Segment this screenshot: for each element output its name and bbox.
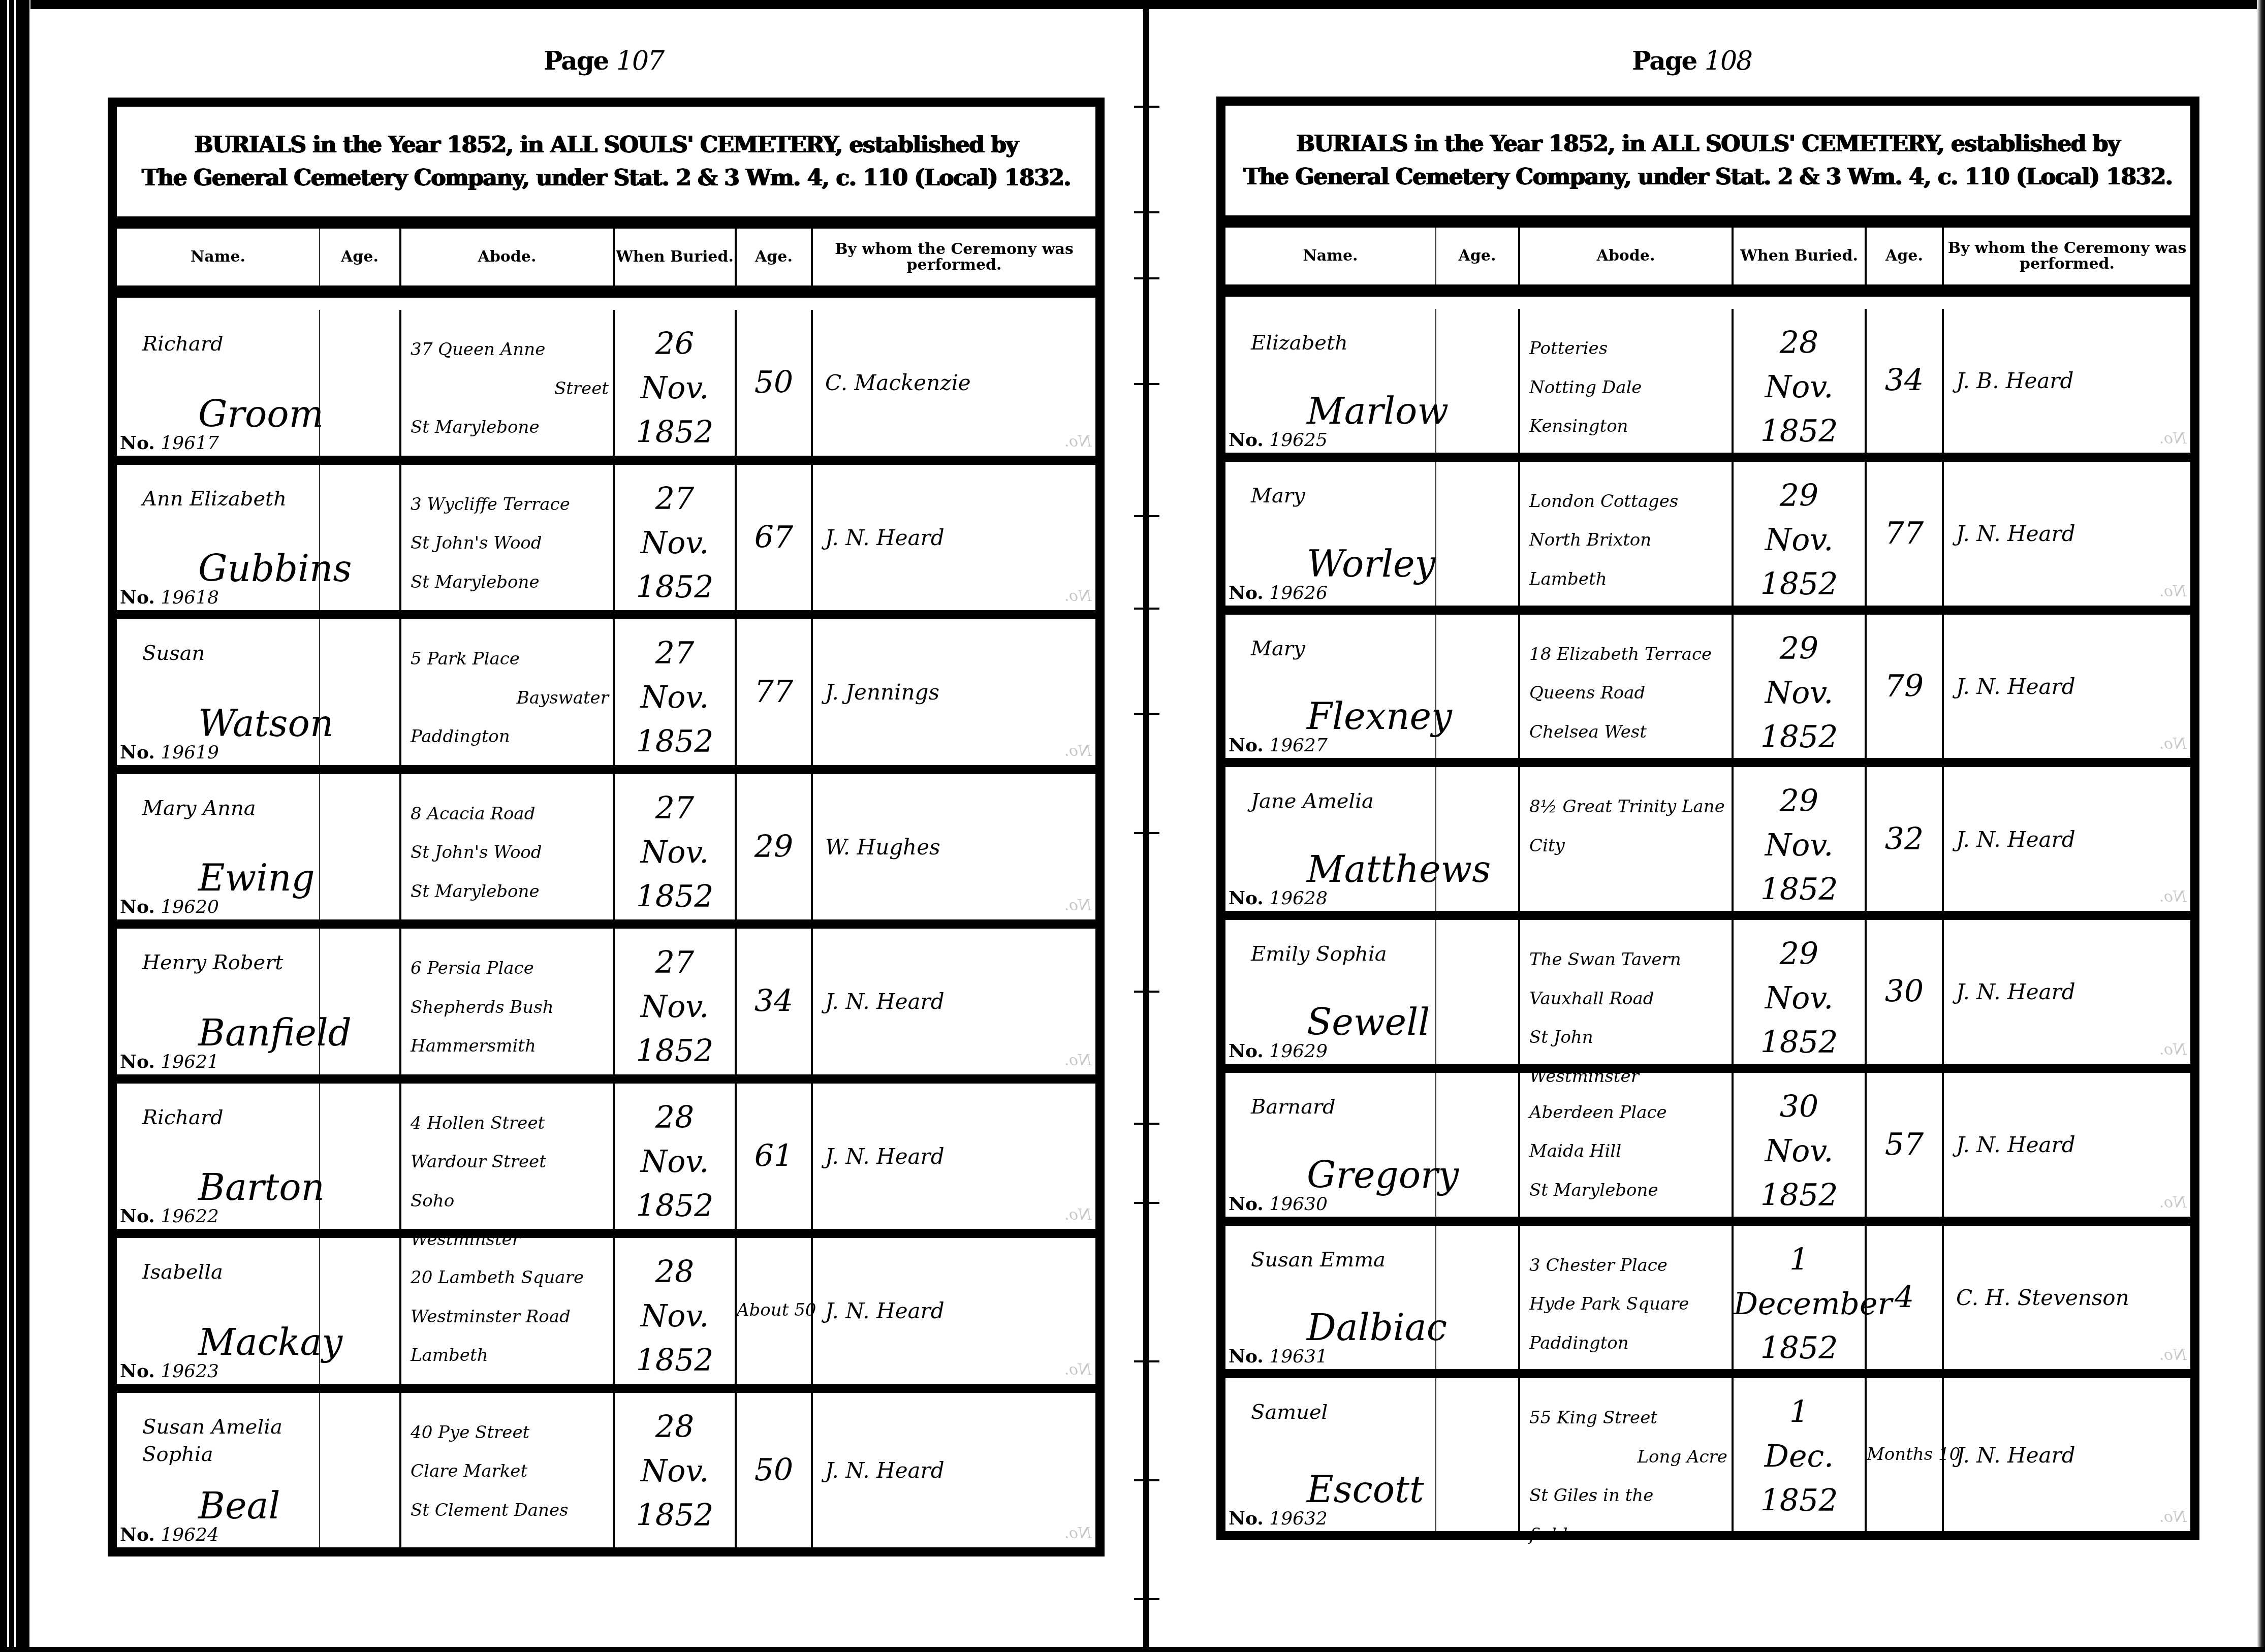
- abode-text: 37 Queen AnneStreetSt Marylebone: [411, 330, 609, 447]
- title-line-1: BURIALS in the Year 1852, in ALL SOULS' …: [1296, 131, 2120, 157]
- given-names: Susan Emma: [1251, 1246, 1419, 1274]
- given-names: Mary: [1251, 635, 1419, 662]
- age-blank-cell: [320, 619, 401, 765]
- entry-number: No. 19618: [120, 587, 219, 608]
- surname: Groom: [198, 393, 324, 435]
- name-cell: Susan Emma Dalbiac No. 19631: [1225, 1226, 1436, 1370]
- title-line-1: BURIALS in the Year 1852, in ALL SOULS' …: [194, 132, 1018, 158]
- burial-date: 27 Nov. 1852: [615, 786, 735, 919]
- binding-stitch: [1134, 211, 1159, 213]
- abode-cell: 4 Hollen StreetWardour StreetSohoWestmin…: [401, 1084, 615, 1229]
- column-header-row: Name. Age. Abode. When Buried. Age. By w…: [117, 229, 1095, 298]
- register-title: BURIALS in the Year 1852, in ALL SOULS' …: [1225, 106, 2190, 228]
- burial-register-table: BURIALS in the Year 1852, in ALL SOULS' …: [1216, 97, 2199, 1540]
- given-names: Susan: [142, 640, 310, 667]
- given-names: Isabella: [142, 1258, 310, 1286]
- abode-cell: 55 King StreetLong AcreSt Giles in thefi…: [1520, 1378, 1734, 1531]
- given-names: Barnard: [1251, 1093, 1419, 1121]
- abode-line: North Brixton: [1529, 521, 1727, 560]
- burial-date: 28 Nov. 1852: [615, 1405, 735, 1538]
- col-age-blank: Age.: [320, 229, 401, 285]
- age-blank-cell: [320, 310, 401, 456]
- officiant-name: W. Hughes: [825, 834, 940, 859]
- burial-date: 28 Nov. 1852: [1734, 321, 1865, 454]
- burial-year: 1852: [1734, 1479, 1865, 1523]
- age-blank-cell: [1436, 1073, 1520, 1217]
- abode-line: Long Acre: [1529, 1438, 1727, 1477]
- abode-cell: Aberdeen PlaceMaida HillSt Marylebone: [1520, 1073, 1734, 1217]
- given-names: Samuel: [1251, 1399, 1419, 1426]
- entry-number: No. 19628: [1229, 887, 1328, 909]
- entry-number: No. 19632: [1229, 1508, 1328, 1529]
- binding-stitch: [1134, 608, 1159, 610]
- given-names: Emily Sophia: [1251, 940, 1419, 968]
- entry-number-label: No.: [120, 1524, 155, 1545]
- entry-number: No. 19625: [1229, 429, 1328, 451]
- show-through-entry-number: No.: [2159, 583, 2186, 600]
- officiant-cell: J. N. Heard No.: [813, 1393, 1095, 1548]
- officiant-name: J. N. Heard: [825, 1298, 945, 1323]
- when-buried-cell: 30 Nov. 1852: [1734, 1073, 1867, 1217]
- abode-line: Paddington: [411, 717, 609, 756]
- show-through-entry-number: No.: [1064, 1524, 1091, 1542]
- entry-number-label: No.: [120, 587, 155, 608]
- col-when-buried: When Buried.: [615, 229, 737, 285]
- entry-number-value: 19626: [1269, 583, 1328, 603]
- age-cell: About 50: [737, 1238, 813, 1384]
- abode-cell: 8 Acacia RoadSt John's WoodSt Marylebone: [401, 774, 615, 920]
- abode-line: Wardour Street: [411, 1142, 609, 1182]
- entry-number: No. 19629: [1229, 1040, 1328, 1062]
- when-buried-cell: 27 Nov. 1852: [615, 465, 737, 611]
- burial-year: 1852: [1734, 715, 1865, 759]
- abode-text: 20 Lambeth SquareWestminster RoadLambeth: [411, 1258, 609, 1375]
- burial-entry-row: Richard Groom No. 19617 37 Queen AnneStr…: [117, 310, 1095, 465]
- age-value: 34: [737, 984, 811, 1018]
- age-value: 61: [737, 1139, 811, 1173]
- when-buried-cell: 29 Nov. 1852: [1734, 462, 1867, 606]
- age-cell: 4: [1867, 1226, 1944, 1370]
- when-buried-cell: 28 Nov. 1852: [615, 1393, 737, 1548]
- abode-line: Maida Hill: [1529, 1132, 1727, 1171]
- burial-entry-row: Mary Worley No. 19626 London CottagesNor…: [1225, 462, 2190, 615]
- col-abode: Abode.: [401, 229, 615, 285]
- burial-day: 1: [1734, 1390, 1865, 1435]
- age-blank-cell: [1436, 309, 1520, 453]
- col-name: Name.: [1225, 228, 1436, 284]
- burial-year: 1852: [615, 875, 735, 919]
- officiant-name: J. B. Heard: [1956, 368, 2073, 393]
- entry-number: No. 19623: [120, 1360, 219, 1382]
- officiant-cell: J. N. Heard No.: [1944, 920, 2190, 1064]
- burial-register-table: BURIALS in the Year 1852, in ALL SOULS' …: [108, 98, 1105, 1556]
- age-value: 34: [1867, 364, 1942, 397]
- entry-number: No. 19624: [120, 1524, 219, 1545]
- burial-date: 29 Nov. 1852: [1734, 932, 1865, 1065]
- age-value: 57: [1867, 1128, 1942, 1161]
- entry-number-label: No.: [120, 432, 155, 454]
- entry-number-label: No.: [120, 896, 155, 917]
- entry-number-label: No.: [120, 1360, 155, 1382]
- burial-year: 1852: [615, 720, 735, 764]
- officiant-name: J. N. Heard: [825, 1143, 945, 1168]
- burial-entry-row: Mary Flexney No. 19627 18 Elizabeth Terr…: [1225, 615, 2190, 768]
- entry-number: No. 19631: [1229, 1346, 1328, 1367]
- name-cell: Emily Sophia Sewell No. 19629: [1225, 920, 1436, 1064]
- age-blank-cell: [1436, 462, 1520, 606]
- age-value: 29: [737, 830, 811, 864]
- page-number-value: 108: [1705, 46, 1752, 76]
- given-names: Richard: [142, 330, 310, 358]
- entry-number-label: No.: [1229, 887, 1264, 909]
- age-blank-cell: [1436, 615, 1520, 758]
- entry-number-label: No.: [120, 742, 155, 763]
- burial-date: 1 Dec. 1852: [1734, 1390, 1865, 1523]
- entry-number-value: 19617: [161, 433, 219, 454]
- entry-number-value: 19623: [161, 1361, 219, 1382]
- entry-number: No. 19617: [120, 432, 219, 454]
- column-header-row: Name. Age. Abode. When Buried. Age. By w…: [1225, 228, 2190, 297]
- abode-line: 18 Elizabeth Terrace: [1529, 635, 1727, 674]
- burial-date: 30 Nov. 1852: [1734, 1085, 1865, 1218]
- abode-text: 40 Pye StreetClare MarketSt Clement Dane…: [411, 1413, 609, 1530]
- given-names: Mary Anna: [142, 795, 310, 822]
- abode-line: 3 Wycliffe Terrace: [411, 485, 609, 524]
- abode-cell: 3 Chester PlaceHyde Park SquarePaddingto…: [1520, 1226, 1734, 1370]
- abode-line: Hammersmith: [411, 1027, 609, 1066]
- entry-number: No. 19621: [120, 1051, 219, 1072]
- officiant-name: C. Mackenzie: [825, 370, 971, 395]
- entry-number-label: No.: [120, 1051, 155, 1072]
- abode-text: PotteriesNotting DaleKensington: [1529, 329, 1727, 446]
- officiant-cell: J. N. Heard No.: [813, 1084, 1095, 1229]
- binding-stitch: [1134, 515, 1159, 517]
- burial-day: 26: [615, 322, 735, 366]
- officiant-name: J. N. Heard: [1956, 1442, 2075, 1467]
- entry-number: No. 19627: [1229, 735, 1328, 756]
- officiant-cell: J. N. Heard No.: [813, 465, 1095, 611]
- age-blank-cell: [1436, 920, 1520, 1064]
- burial-day: 28: [615, 1250, 735, 1294]
- age-cell: 61: [737, 1084, 813, 1229]
- entry-number-value: 19632: [1269, 1508, 1328, 1529]
- entry-number-label: No.: [1229, 429, 1264, 451]
- burial-year: 1852: [615, 410, 735, 455]
- show-through-entry-number: No.: [1064, 1052, 1091, 1069]
- age-cell: 57: [1867, 1073, 1944, 1217]
- age-cell: 34: [1867, 309, 1944, 453]
- when-buried-cell: 28 Nov. 1852: [615, 1084, 737, 1229]
- burial-month: Nov.: [1734, 518, 1865, 562]
- abode-text: 3 Chester PlaceHyde Park SquarePaddingto…: [1529, 1246, 1727, 1363]
- when-buried-cell: 27 Nov. 1852: [615, 929, 737, 1074]
- abode-line: St Marylebone: [411, 563, 609, 602]
- abode-cell: 6 Persia PlaceShepherds BushHammersmith: [401, 929, 615, 1074]
- burial-date: 28 Nov. 1852: [615, 1096, 735, 1228]
- show-through-entry-number: No.: [1064, 1361, 1091, 1379]
- entry-number-label: No.: [1229, 1193, 1264, 1215]
- burial-entry-row: Jane Amelia Matthews No. 19628 8½ Great …: [1225, 767, 2190, 920]
- show-through-entry-number: No.: [1064, 587, 1091, 605]
- burial-month: Nov.: [1734, 671, 1865, 715]
- abode-line: Potteries: [1529, 329, 1727, 368]
- officiant-name: J. Jennings: [825, 680, 939, 705]
- scan-border-right: [2257, 0, 2265, 1652]
- burial-year: 1852: [615, 1029, 735, 1073]
- age-value: 50: [737, 366, 811, 399]
- age-value: 50: [737, 1453, 811, 1487]
- officiant-cell: J. N. Heard No.: [1944, 1378, 2190, 1531]
- abode-line: St Marylebone: [411, 872, 609, 911]
- entry-number-label: No.: [1229, 1346, 1264, 1367]
- given-names: Mary: [1251, 482, 1419, 510]
- when-buried-cell: 28 Nov. 1852: [615, 1238, 737, 1384]
- entry-rows: Elizabeth Marlow No. 19625 PotteriesNott…: [1225, 309, 2190, 1531]
- abode-line: Notting Dale: [1529, 368, 1727, 407]
- show-through-entry-number: No.: [1064, 742, 1091, 760]
- officiant-name: J. N. Heard: [1956, 521, 2075, 546]
- burial-day: 29: [1734, 627, 1865, 671]
- age-blank-cell: [320, 929, 401, 1074]
- surname: Marlow: [1307, 390, 1449, 432]
- name-cell: Richard Groom No. 19617: [117, 310, 320, 456]
- abode-line: City: [1529, 827, 1727, 866]
- abode-line: fields: [1529, 1515, 1727, 1554]
- officiant-cell: J. N. Heard No.: [1944, 767, 2190, 911]
- officiant-cell: J. Jennings No.: [813, 619, 1095, 765]
- name-cell: Samuel Escott No. 19632: [1225, 1378, 1436, 1531]
- officiant-cell: J. N. Heard No.: [813, 929, 1095, 1074]
- abode-line: St John's Wood: [411, 524, 609, 563]
- burial-day: 27: [615, 786, 735, 831]
- age-blank-cell: [320, 1238, 401, 1384]
- abode-line: 6 Persia Place: [411, 949, 609, 988]
- age-value: 30: [1867, 975, 1942, 1008]
- entry-number-value: 19631: [1269, 1346, 1328, 1367]
- officiant-name: C. H. Stevenson: [1956, 1285, 2129, 1310]
- entry-number-value: 19627: [1269, 735, 1328, 756]
- given-names: Jane Amelia: [1251, 787, 1419, 815]
- entry-number-value: 19624: [161, 1524, 219, 1545]
- name-cell: Ann Elizabeth Gubbins No. 19618: [117, 465, 320, 611]
- entry-number-value: 19618: [161, 587, 219, 608]
- when-buried-cell: 1 Dec. 1852: [1734, 1378, 1867, 1531]
- burial-date: 1 December 1852: [1734, 1238, 1865, 1371]
- show-through-entry-number: No.: [2159, 1346, 2186, 1364]
- abode-text: 8 Acacia RoadSt John's WoodSt Marylebone: [411, 795, 609, 911]
- burial-year: 1852: [615, 1494, 735, 1538]
- show-through-entry-number: No.: [1064, 433, 1091, 451]
- age-value: 79: [1867, 670, 1942, 703]
- burial-date: 27 Nov. 1852: [615, 477, 735, 610]
- burial-day: 28: [615, 1405, 735, 1449]
- abode-cell: PotteriesNotting DaleKensington: [1520, 309, 1734, 453]
- burial-year: 1852: [615, 1184, 735, 1228]
- when-buried-cell: 27 Nov. 1852: [615, 619, 737, 765]
- abode-line: Shepherds Bush: [411, 988, 609, 1027]
- entry-number-value: 19621: [161, 1052, 219, 1072]
- age-value: 67: [737, 521, 811, 554]
- officiant-cell: C. H. Stevenson No.: [1944, 1226, 2190, 1370]
- burial-day: 1: [1734, 1238, 1865, 1282]
- surname: Escott: [1307, 1468, 1424, 1511]
- abode-line: St Marylebone: [411, 408, 609, 447]
- burial-month: Nov.: [1734, 365, 1865, 409]
- burial-day: 29: [1734, 779, 1865, 823]
- abode-line: 20 Lambeth Square: [411, 1258, 609, 1297]
- name-cell: Mary Worley No. 19626: [1225, 462, 1436, 606]
- officiant-cell: J. N. Heard No.: [1944, 1073, 2190, 1217]
- burial-month: Nov.: [615, 985, 735, 1029]
- book-gutter: [1143, 0, 1149, 1652]
- when-buried-cell: 26 Nov. 1852: [615, 310, 737, 456]
- burial-date: 29 Nov. 1852: [1734, 474, 1865, 607]
- surname: Worley: [1307, 543, 1435, 585]
- abode-line: 5 Park Place: [411, 640, 609, 679]
- surname: Barton: [198, 1166, 325, 1209]
- col-when-buried: When Buried.: [1734, 228, 1867, 284]
- burial-entry-row: Barnard Gregory No. 19630 Aberdeen Place…: [1225, 1073, 2190, 1226]
- col-officiant: By whom the Ceremony was performed.: [1944, 228, 2190, 284]
- burial-year: 1852: [1734, 868, 1865, 912]
- burial-month: Nov.: [615, 1140, 735, 1184]
- name-cell: Isabella Mackay No. 19623: [117, 1238, 320, 1384]
- entry-number-value: 19625: [1269, 430, 1328, 451]
- col-age: Age.: [737, 229, 813, 285]
- abode-line: St Giles in the: [1529, 1476, 1727, 1515]
- abode-line: 8½ Great Trinity Lane: [1529, 787, 1727, 827]
- name-cell: Barnard Gregory No. 19630: [1225, 1073, 1436, 1217]
- abode-line: 37 Queen Anne: [411, 330, 609, 369]
- page-number: Page 108: [1632, 46, 1752, 76]
- abode-line: 4 Hollen Street: [411, 1104, 609, 1143]
- abode-text: 4 Hollen StreetWardour StreetSohoWestmin…: [411, 1104, 609, 1259]
- show-through-entry-number: No.: [1064, 1206, 1091, 1224]
- age-value: 77: [737, 675, 811, 709]
- abode-line: Chelsea West: [1529, 713, 1727, 752]
- burial-month: Nov.: [1734, 1129, 1865, 1173]
- burial-month: Nov.: [615, 1449, 735, 1494]
- burial-year: 1852: [1734, 562, 1865, 607]
- abode-text: 55 King StreetLong AcreSt Giles in thefi…: [1529, 1399, 1727, 1554]
- left-page: Page 107 BURIALS in the Year 1852, in AL…: [30, 0, 1143, 1652]
- page-label: Page: [544, 46, 608, 76]
- when-buried-cell: 28 Nov. 1852: [1734, 309, 1867, 453]
- entry-number: No. 19620: [120, 896, 219, 917]
- abode-text: 5 Park PlaceBayswaterPaddington: [411, 640, 609, 756]
- entry-rows: Richard Groom No. 19617 37 Queen AnneStr…: [117, 310, 1095, 1547]
- given-names: Henry Robert: [142, 949, 310, 976]
- age-cell: 50: [737, 1393, 813, 1548]
- age-cell: 67: [737, 465, 813, 611]
- officiant-name: J. N. Heard: [1956, 979, 2075, 1004]
- abode-text: 8½ Great Trinity LaneCity: [1529, 787, 1727, 865]
- name-cell: Henry Robert Banfield No. 19621: [117, 929, 320, 1074]
- when-buried-cell: 27 Nov. 1852: [615, 774, 737, 920]
- entry-number-value: 19628: [1269, 888, 1328, 909]
- when-buried-cell: 1 December 1852: [1734, 1226, 1867, 1370]
- burial-month: Dec.: [1734, 1435, 1865, 1479]
- burial-entry-row: Ann Elizabeth Gubbins No. 19618 3 Wyclif…: [117, 465, 1095, 620]
- abode-cell: 20 Lambeth SquareWestminster RoadLambeth: [401, 1238, 615, 1384]
- entry-number-value: 19622: [161, 1206, 219, 1227]
- name-cell: Richard Barton No. 19622: [117, 1084, 320, 1229]
- burial-date: 27 Nov. 1852: [615, 941, 735, 1073]
- abode-cell: 18 Elizabeth TerraceQueens RoadChelsea W…: [1520, 615, 1734, 758]
- name-cell: Mary Anna Ewing No. 19620: [117, 774, 320, 920]
- burial-month: Nov.: [615, 366, 735, 410]
- surname: Sewell: [1307, 1001, 1430, 1043]
- abode-line: Lambeth: [1529, 560, 1727, 599]
- entry-number-value: 19619: [161, 742, 219, 763]
- officiant-cell: C. Mackenzie No.: [813, 310, 1095, 456]
- show-through-entry-number: No.: [2159, 430, 2186, 448]
- given-names: Elizabeth: [1251, 329, 1419, 357]
- burial-date: 26 Nov. 1852: [615, 322, 735, 455]
- abode-line: 55 King Street: [1529, 1399, 1727, 1438]
- burial-entry-row: Samuel Escott No. 19632 55 King StreetLo…: [1225, 1378, 2190, 1531]
- burial-date: 27 Nov. 1852: [615, 631, 735, 764]
- burial-date: 29 Nov. 1852: [1734, 779, 1865, 912]
- age-cell: 50: [737, 310, 813, 456]
- abode-cell: 8½ Great Trinity LaneCity: [1520, 767, 1734, 911]
- abode-line: Westminster Road: [411, 1297, 609, 1337]
- abode-line: 8 Acacia Road: [411, 795, 609, 834]
- abode-line: The Swan Tavern: [1529, 940, 1727, 979]
- burial-year: 1852: [1734, 1326, 1865, 1371]
- entry-number: No. 19622: [120, 1205, 219, 1227]
- name-cell: Elizabeth Marlow No. 19625: [1225, 309, 1436, 453]
- burial-year: 1852: [1734, 1021, 1865, 1065]
- register-spread: Page 107 BURIALS in the Year 1852, in AL…: [0, 0, 2265, 1652]
- officiant-cell: W. Hughes No.: [813, 774, 1095, 920]
- entry-number-value: 19629: [1269, 1041, 1328, 1062]
- show-through-entry-number: No.: [2159, 888, 2186, 906]
- surname: Dalbiac: [1307, 1306, 1447, 1349]
- abode-line: Kensington: [1529, 407, 1727, 446]
- given-names: Ann Elizabeth: [142, 485, 310, 513]
- age-cell: 29: [737, 774, 813, 920]
- show-through-entry-number: No.: [2159, 1041, 2186, 1059]
- page-label: Page: [1632, 46, 1696, 76]
- age-blank-cell: [320, 1084, 401, 1229]
- age-cell: 77: [1867, 462, 1944, 606]
- abode-cell: 5 Park PlaceBayswaterPaddington: [401, 619, 615, 765]
- burial-day: 27: [615, 477, 735, 521]
- age-value: 32: [1867, 822, 1942, 856]
- abode-line: Queens Road: [1529, 674, 1727, 713]
- name-cell: Susan Amelia Sophia Beal No. 19624: [117, 1393, 320, 1548]
- age-blank-cell: [1436, 1378, 1520, 1531]
- abode-line: 3 Chester Place: [1529, 1246, 1727, 1285]
- show-through-entry-number: No.: [2159, 1194, 2186, 1212]
- register-title: BURIALS in the Year 1852, in ALL SOULS' …: [117, 107, 1095, 229]
- abode-line: St Clement Danes: [411, 1491, 609, 1530]
- age-blank-cell: [1436, 1226, 1520, 1370]
- officiant-cell: J. N. Heard No.: [1944, 615, 2190, 758]
- officiant-cell: J. N. Heard No.: [813, 1238, 1095, 1384]
- burial-entry-row: Emily Sophia Sewell No. 19629 The Swan T…: [1225, 920, 2190, 1073]
- burial-year: 1852: [1734, 1173, 1865, 1218]
- abode-cell: 40 Pye StreetClare MarketSt Clement Dane…: [401, 1393, 615, 1548]
- entry-number: No. 19626: [1229, 582, 1328, 603]
- binding-stitch: [1134, 1202, 1159, 1204]
- abode-line: Soho: [411, 1182, 609, 1221]
- burial-day: 29: [1734, 932, 1865, 976]
- abode-line: Bayswater: [411, 679, 609, 718]
- given-names: Susan Amelia Sophia: [142, 1413, 310, 1468]
- abode-line: Aberdeen Place: [1529, 1093, 1727, 1132]
